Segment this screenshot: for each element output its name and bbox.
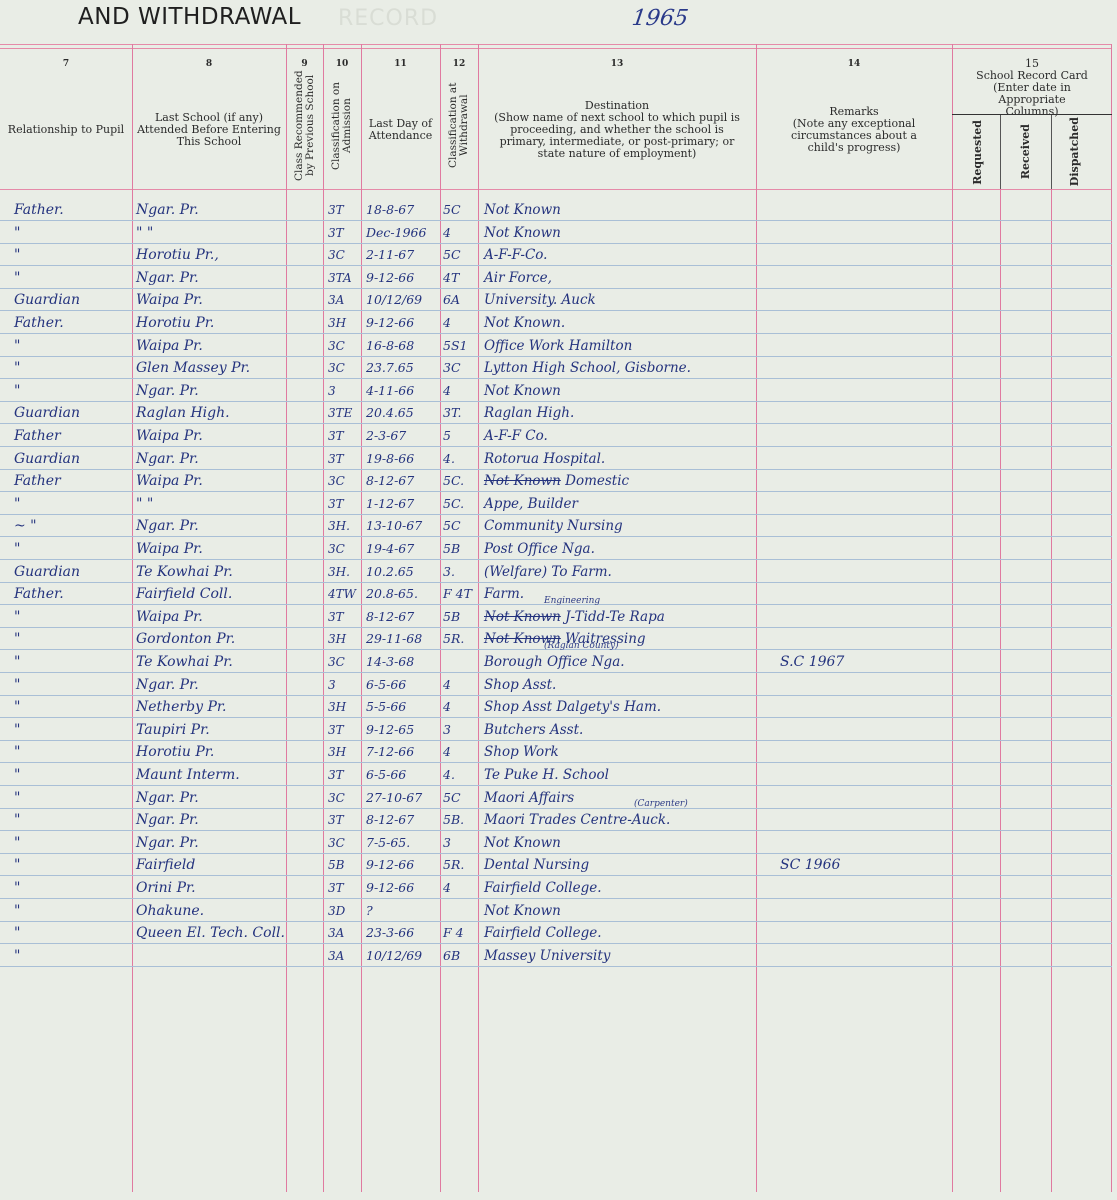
admission-class-cell: 3 xyxy=(328,674,362,696)
withdrawal-class-cell: 6B xyxy=(443,945,479,967)
last-school-cell: Horotiu Pr. xyxy=(136,312,281,334)
subcolumn-received: Received xyxy=(1000,119,1052,185)
remarks-cell xyxy=(780,289,950,311)
withdrawal-class-cell: 4 xyxy=(443,222,479,244)
destination-cell: Borough Office Nga.(Raglan County) xyxy=(484,651,754,673)
destination-cell: Maori Trades Centre-Auck. xyxy=(484,809,754,831)
relationship-cell: " xyxy=(14,606,129,628)
destination-cell: Massey University xyxy=(484,945,754,967)
last-day-cell: 13-10-67 xyxy=(366,515,440,537)
last-day-cell: 10/12/69 xyxy=(366,945,440,967)
relationship-cell: Guardian xyxy=(14,448,129,470)
remarks-cell xyxy=(780,764,950,786)
table-row: "Ngar. Pr.36-5-664Shop Asst. xyxy=(0,674,1112,696)
destination-cell: University. Auck xyxy=(484,289,754,311)
admission-class-cell: 3C xyxy=(328,244,362,266)
withdrawal-class-cell: 5C xyxy=(443,199,479,221)
last-day-cell: 9-12-65 xyxy=(366,719,440,741)
withdrawal-class-cell: 4 xyxy=(443,380,479,402)
remarks-cell xyxy=(780,900,950,922)
last-day-cell: 14-3-68 xyxy=(366,651,440,673)
last-school-cell: Raglan High. xyxy=(136,402,281,424)
last-day-cell: 5-5-66 xyxy=(366,696,440,718)
relationship-cell: Father. xyxy=(14,199,129,221)
last-school-cell: Fairfield xyxy=(136,854,281,876)
admission-class-cell: 4TW xyxy=(328,583,362,605)
relationship-cell: " xyxy=(14,674,129,696)
admission-class-cell: 3H. xyxy=(328,515,362,537)
last-day-cell: 8-12-67 xyxy=(366,470,440,492)
table-row: FatherWaipa Pr.3C8-12-675C.Not Known Dom… xyxy=(0,470,1112,492)
last-day-cell: 7-12-66 xyxy=(366,741,440,763)
relationship-cell: " xyxy=(14,380,129,402)
remarks-cell xyxy=(780,809,950,831)
last-day-cell: 9-12-66 xyxy=(366,267,440,289)
relationship-cell: Father. xyxy=(14,583,129,605)
remarks-cell xyxy=(780,628,950,650)
withdrawal-class-cell: 5R. xyxy=(443,628,479,650)
year-annotation: 1965 xyxy=(630,6,690,31)
table-row: "Ngar. Pr.3T8-12-675B.Maori Trades Centr… xyxy=(0,809,1112,831)
destination-cell: Air Force, xyxy=(484,267,754,289)
column-number: 8 xyxy=(206,58,212,70)
relationship-cell: ~ " xyxy=(14,515,129,537)
admission-class-cell: 3C xyxy=(328,538,362,560)
column-header-record-card: 15 School Record Card (Enter date in App… xyxy=(952,44,1112,189)
remarks-cell xyxy=(780,448,950,470)
last-day-cell: 9-12-66 xyxy=(366,854,440,876)
remarks-cell xyxy=(780,583,950,605)
last-day-cell: 29-11-68 xyxy=(366,628,440,650)
last-school-cell: Glen Massey Pr. xyxy=(136,357,281,379)
withdrawal-class-cell: 4. xyxy=(443,764,479,786)
remarks-cell xyxy=(780,674,950,696)
column-header-last-school: 8 Last School (if any) Attended Before E… xyxy=(132,44,286,189)
withdrawal-class-cell: F 4 xyxy=(443,922,479,944)
last-school-cell: Horotiu Pr. xyxy=(136,741,281,763)
struck-text: Not Known xyxy=(484,609,561,625)
last-day-cell: 18-8-67 xyxy=(366,199,440,221)
destination-cell: Farm. xyxy=(484,583,754,605)
bleed-through-title: RECORD xyxy=(338,6,438,31)
table-row: "" "3T1-12-675C.Appe, Builder xyxy=(0,493,1112,515)
admission-class-cell: 3T xyxy=(328,493,362,515)
last-school-cell: Netherby Pr. xyxy=(136,696,281,718)
destination-cell: Not Known. xyxy=(484,312,754,334)
table-row: "Ohakune.3D?Not Known xyxy=(0,900,1112,922)
last-day-cell: 27-10-67 xyxy=(366,787,440,809)
table-row: "Taupiri Pr.3T9-12-653Butchers Asst. xyxy=(0,719,1112,741)
remarks-cell xyxy=(780,945,950,967)
table-row: "Waipa Pr.3C16-8-685S1Office Work Hamilt… xyxy=(0,335,1112,357)
table-row: FatherWaipa Pr.3T2-3-675A-F-F Co. xyxy=(0,425,1112,447)
column-label: Last School (if any) Attended Before Ent… xyxy=(132,112,286,148)
withdrawal-class-cell: 5C. xyxy=(443,493,479,515)
withdrawal-class-cell: 4 xyxy=(443,312,479,334)
last-day-cell: 19-8-66 xyxy=(366,448,440,470)
table-row: "Waipa Pr.3T8-12-675BNot Known J-Tidd-Te… xyxy=(0,606,1112,628)
struck-text: Not Known xyxy=(484,473,561,489)
last-school-cell: Te Kowhai Pr. xyxy=(136,651,281,673)
last-day-cell: 20.4.65 xyxy=(366,402,440,424)
destination-cell: Dental Nursing xyxy=(484,854,754,876)
table-row: "Fairfield5B9-12-665R.Dental NursingSC 1… xyxy=(0,854,1112,876)
interlinear-note: Engineering xyxy=(544,596,600,606)
admission-class-cell: 3A xyxy=(328,922,362,944)
relationship-cell: " xyxy=(14,357,129,379)
destination-cell: Not Known xyxy=(484,380,754,402)
destination-cell: Fairfield College. xyxy=(484,877,754,899)
admission-class-cell: 3T xyxy=(328,719,362,741)
withdrawal-class-cell: 4 xyxy=(443,696,479,718)
column-label: Destination (Show name of next school to… xyxy=(478,100,756,160)
remarks-cell xyxy=(780,606,950,628)
remarks-cell: SC 1966 xyxy=(780,854,950,876)
destination-cell: Raglan High. xyxy=(484,402,754,424)
withdrawal-class-cell: 5B xyxy=(443,606,479,628)
table-row: "Ngar. Pr.34-11-664Not Known xyxy=(0,380,1112,402)
withdrawal-class-cell: F 4T xyxy=(443,583,479,605)
table-row: "" "3TDec-19664Not Known xyxy=(0,222,1112,244)
interlinear-note: (Carpenter) xyxy=(634,799,688,809)
register-sheet: 7 Relationship to Pupil 8 Last School (i… xyxy=(0,44,1112,1192)
withdrawal-class-cell: 5R. xyxy=(443,854,479,876)
destination-cell: Not Known J-Tidd-Te RapaEngineering xyxy=(484,606,754,628)
relationship-cell: " xyxy=(14,900,129,922)
relationship-cell: " xyxy=(14,764,129,786)
relationship-cell: " xyxy=(14,222,129,244)
remarks-cell xyxy=(780,380,950,402)
last-school-cell: Waipa Pr. xyxy=(136,470,281,492)
column-header-remarks: 14 Remarks (Note any exceptional circums… xyxy=(756,44,952,189)
admission-class-cell: 3H xyxy=(328,741,362,763)
withdrawal-class-cell xyxy=(443,900,479,922)
last-day-cell: 10/12/69 xyxy=(366,289,440,311)
last-school-cell: Ngar. Pr. xyxy=(136,832,281,854)
last-day-cell: 9-12-66 xyxy=(366,312,440,334)
admission-class-cell: 3T xyxy=(328,809,362,831)
last-school-cell: Waipa Pr. xyxy=(136,335,281,357)
relationship-cell: " xyxy=(14,877,129,899)
admission-class-cell: 3 xyxy=(328,380,362,402)
destination-cell: Post Office Nga. xyxy=(484,538,754,560)
destination-cell: Te Puke H. School xyxy=(484,764,754,786)
last-school-cell: Ngar. Pr. xyxy=(136,787,281,809)
admission-class-cell: 3TE xyxy=(328,402,362,424)
destination-cell: Not Known xyxy=(484,199,754,221)
subcolumn-requested: Requested xyxy=(952,119,1004,185)
table-row: ~ "Ngar. Pr.3H.13-10-675CCommunity Nursi… xyxy=(0,515,1112,537)
destination-cell: Not Known Waitressing xyxy=(484,628,754,650)
subcolumn-dispatched: Dispatched xyxy=(1051,119,1099,185)
remarks-cell xyxy=(780,357,950,379)
column-number: 7 xyxy=(63,58,69,70)
table-row: "Glen Massey Pr.3C23.7.653CLytton High S… xyxy=(0,357,1112,379)
last-school-cell xyxy=(136,945,281,967)
last-day-cell: 1-12-67 xyxy=(366,493,440,515)
table-row: Father.Ngar. Pr.3T18-8-675CNot Known xyxy=(0,199,1112,221)
table-row: "Horotiu Pr.,3C2-11-675CA-F-F-Co. xyxy=(0,244,1112,266)
destination-cell: Butchers Asst. xyxy=(484,719,754,741)
table-row: Father.Horotiu Pr.3H9-12-664Not Known. xyxy=(0,312,1112,334)
withdrawal-class-cell: 3 xyxy=(443,719,479,741)
admission-class-cell: 3T xyxy=(328,606,362,628)
table-row: "Horotiu Pr.3H7-12-664Shop Work xyxy=(0,741,1112,763)
destination-cell: Community Nursing xyxy=(484,515,754,537)
table-row: "Waipa Pr.3C19-4-675BPost Office Nga. xyxy=(0,538,1112,560)
column-number: 13 xyxy=(611,58,624,70)
last-day-cell: 8-12-67 xyxy=(366,809,440,831)
last-school-cell: Waipa Pr. xyxy=(136,425,281,447)
last-school-cell: Maunt Interm. xyxy=(136,764,281,786)
last-school-cell: Ngar. Pr. xyxy=(136,448,281,470)
last-school-cell: Ngar. Pr. xyxy=(136,674,281,696)
withdrawal-class-cell: 4. xyxy=(443,448,479,470)
destination-cell: Fairfield College. xyxy=(484,922,754,944)
column-number: 14 xyxy=(848,58,861,70)
relationship-cell: " xyxy=(14,854,129,876)
withdrawal-class-cell: 5C xyxy=(443,244,479,266)
table-row: "Orini Pr.3T9-12-664Fairfield College. xyxy=(0,877,1112,899)
relationship-cell: " xyxy=(14,267,129,289)
column-label-vertical: Classification on Admission xyxy=(323,68,361,183)
destination-cell: (Welfare) To Farm. xyxy=(484,561,754,583)
last-day-cell: 23-3-66 xyxy=(366,922,440,944)
destination-cell: Not Known Domestic xyxy=(484,470,754,492)
column-label-vertical: Class Recommended by Previous School xyxy=(286,68,323,183)
last-school-cell: Ngar. Pr. xyxy=(136,515,281,537)
destination-cell: Not Known xyxy=(484,222,754,244)
destination-cell: Shop Work xyxy=(484,741,754,763)
remarks-cell xyxy=(780,719,950,741)
withdrawal-class-cell: 4 xyxy=(443,674,479,696)
destination-cell: A-F-F-Co. xyxy=(484,244,754,266)
admission-class-cell: 3T xyxy=(328,222,362,244)
remarks-cell xyxy=(780,312,950,334)
remarks-cell xyxy=(780,425,950,447)
admission-class-cell: 3C xyxy=(328,832,362,854)
admission-class-cell: 3H xyxy=(328,696,362,718)
destination-cell: Maori Affairs(Carpenter) xyxy=(484,787,754,809)
destination-cell: Not Known xyxy=(484,900,754,922)
remarks-cell xyxy=(780,402,950,424)
admission-class-cell: 3H. xyxy=(328,561,362,583)
withdrawal-class-cell: 3. xyxy=(443,561,479,583)
relationship-cell: " xyxy=(14,628,129,650)
column-header-last-day: 11 Last Day of Attendance xyxy=(361,44,440,189)
column-number: 11 xyxy=(394,58,407,70)
last-school-cell: Waipa Pr. xyxy=(136,606,281,628)
column-label-vertical: Classification at Withdrawal xyxy=(440,68,478,183)
last-day-cell: ? xyxy=(366,900,440,922)
destination-cell: Not Known xyxy=(484,832,754,854)
last-day-cell: 7-5-65. xyxy=(366,832,440,854)
column-label: Relationship to Pupil xyxy=(4,124,128,136)
withdrawal-class-cell: 5 xyxy=(443,425,479,447)
interlinear-note: (Raglan County) xyxy=(544,641,619,651)
last-day-cell: 20.8-65. xyxy=(366,583,440,605)
page-title: AND WITHDRAWAL xyxy=(78,4,301,30)
withdrawal-class-cell: 4T xyxy=(443,267,479,289)
admission-class-cell: 3C xyxy=(328,335,362,357)
admission-class-cell: 3T xyxy=(328,448,362,470)
withdrawal-class-cell: 3 xyxy=(443,832,479,854)
destination-cell: Shop Asst Dalgety's Ham. xyxy=(484,696,754,718)
last-school-cell: Ngar. Pr. xyxy=(136,380,281,402)
relationship-cell: " xyxy=(14,335,129,357)
relationship-cell: " xyxy=(14,787,129,809)
last-day-cell: 9-12-66 xyxy=(366,877,440,899)
last-day-cell: 23.7.65 xyxy=(366,357,440,379)
column-label: Last Day of Attendance xyxy=(361,118,440,142)
remarks-cell xyxy=(780,470,950,492)
last-school-cell: Taupiri Pr. xyxy=(136,719,281,741)
withdrawal-class-cell: 5B xyxy=(443,538,479,560)
last-school-cell: Gordonton Pr. xyxy=(136,628,281,650)
admission-class-cell: 3C xyxy=(328,787,362,809)
last-school-cell: Ngar. Pr. xyxy=(136,267,281,289)
admission-class-cell: 3C xyxy=(328,357,362,379)
relationship-cell: " xyxy=(14,538,129,560)
column-label: School Record Card (Enter date in Approp… xyxy=(952,70,1112,118)
last-school-cell: Te Kowhai Pr. xyxy=(136,561,281,583)
remarks-cell xyxy=(780,335,950,357)
last-school-cell: Waipa Pr. xyxy=(136,538,281,560)
table-row: GuardianTe Kowhai Pr.3H.10.2.653.(Welfar… xyxy=(0,561,1112,583)
last-school-cell: Fairfield Coll. xyxy=(136,583,281,605)
remarks-cell xyxy=(780,538,950,560)
table-row: GuardianRaglan High.3TE20.4.653T.Raglan … xyxy=(0,402,1112,424)
relationship-cell: " xyxy=(14,719,129,741)
relationship-cell: Guardian xyxy=(14,561,129,583)
destination-cell: Office Work Hamilton xyxy=(484,335,754,357)
last-day-cell: 19-4-67 xyxy=(366,538,440,560)
admission-class-cell: 3T xyxy=(328,199,362,221)
last-school-cell: Orini Pr. xyxy=(136,877,281,899)
remarks-cell xyxy=(780,244,950,266)
withdrawal-class-cell: 5S1 xyxy=(443,335,479,357)
last-school-cell: Ohakune. xyxy=(136,900,281,922)
admission-class-cell: 3C xyxy=(328,470,362,492)
table-row: "Queen El. Tech. Coll.3A23-3-66F 4Fairfi… xyxy=(0,922,1112,944)
record-card-subcolumns: Requested Received Dispatched xyxy=(952,114,1112,189)
last-day-cell: 2-3-67 xyxy=(366,425,440,447)
table-row: "Maunt Interm.3T6-5-664.Te Puke H. Schoo… xyxy=(0,764,1112,786)
remarks-cell xyxy=(780,515,950,537)
last-school-cell: Ngar. Pr. xyxy=(136,199,281,221)
relationship-cell: " xyxy=(14,244,129,266)
destination-cell: Shop Asst. xyxy=(484,674,754,696)
last-day-cell: 4-11-66 xyxy=(366,380,440,402)
remarks-cell xyxy=(780,267,950,289)
admission-class-cell: 5B xyxy=(328,854,362,876)
relationship-cell: " xyxy=(14,651,129,673)
relationship-cell: " xyxy=(14,922,129,944)
remarks-cell xyxy=(780,787,950,809)
last-school-cell: Ngar. Pr. xyxy=(136,809,281,831)
remarks-cell xyxy=(780,696,950,718)
last-day-cell: Dec-1966 xyxy=(366,222,440,244)
admission-class-cell: 3H xyxy=(328,628,362,650)
relationship-cell: " xyxy=(14,741,129,763)
last-school-cell: " " xyxy=(136,222,281,244)
remarks-cell xyxy=(780,832,950,854)
relationship-cell: Father xyxy=(14,470,129,492)
last-day-cell: 6-5-66 xyxy=(366,764,440,786)
remarks-cell xyxy=(780,222,950,244)
remarks-cell xyxy=(780,199,950,221)
remarks-cell xyxy=(780,877,950,899)
table-row: GuardianNgar. Pr.3T19-8-664.Rotorua Hosp… xyxy=(0,448,1112,470)
withdrawal-class-cell: 5B. xyxy=(443,809,479,831)
relationship-cell: " xyxy=(14,493,129,515)
relationship-cell: " xyxy=(14,945,129,967)
table-row: "Ngar. Pr.3C7-5-65.3Not Known xyxy=(0,832,1112,854)
admission-class-cell: 3T xyxy=(328,877,362,899)
admission-class-cell: 3D xyxy=(328,900,362,922)
column-label: Remarks (Note any exceptional circumstan… xyxy=(756,106,952,154)
withdrawal-class-cell: 4 xyxy=(443,741,479,763)
last-school-cell: Queen El. Tech. Coll. xyxy=(136,922,281,944)
relationship-cell: Father. xyxy=(14,312,129,334)
header-divider xyxy=(0,189,1112,190)
withdrawal-class-cell: 3C xyxy=(443,357,479,379)
column-header-relationship: 7 Relationship to Pupil xyxy=(0,44,132,189)
remarks-cell xyxy=(780,561,950,583)
relationship-cell: " xyxy=(14,832,129,854)
table-row: "Ngar. Pr.3TA9-12-664TAir Force, xyxy=(0,267,1112,289)
admission-class-cell: 3A xyxy=(328,289,362,311)
last-day-cell: 6-5-66 xyxy=(366,674,440,696)
admission-class-cell: 3T xyxy=(328,764,362,786)
last-school-cell: Waipa Pr. xyxy=(136,289,281,311)
destination-cell: A-F-F Co. xyxy=(484,425,754,447)
admission-class-cell: 3TA xyxy=(328,267,362,289)
relationship-cell: Guardian xyxy=(14,289,129,311)
relationship-cell: " xyxy=(14,809,129,831)
destination-cell: Lytton High School, Gisborne. xyxy=(484,357,754,379)
admission-class-cell: 3H xyxy=(328,312,362,334)
last-day-cell: 2-11-67 xyxy=(366,244,440,266)
remarks-cell: S.C 1967 xyxy=(780,651,950,673)
relationship-cell: Father xyxy=(14,425,129,447)
table-row: "3A10/12/696BMassey University xyxy=(0,945,1112,967)
table-row: GuardianWaipa Pr.3A10/12/696AUniversity.… xyxy=(0,289,1112,311)
withdrawal-class-cell: 5C. xyxy=(443,470,479,492)
table-row: "Ngar. Pr.3C27-10-675CMaori Affairs(Carp… xyxy=(0,787,1112,809)
column-header-destination: 13 Destination (Show name of next school… xyxy=(478,44,756,189)
relationship-cell: " xyxy=(14,696,129,718)
admission-class-cell: 3A xyxy=(328,945,362,967)
table-row: "Te Kowhai Pr.3C14-3-68Borough Office Ng… xyxy=(0,651,1112,673)
table-row: "Netherby Pr.3H5-5-664Shop Asst Dalgety'… xyxy=(0,696,1112,718)
withdrawal-class-cell: 5C xyxy=(443,787,479,809)
withdrawal-class-cell: 5C xyxy=(443,515,479,537)
withdrawal-class-cell: 3T. xyxy=(443,402,479,424)
withdrawal-class-cell: 6A xyxy=(443,289,479,311)
remarks-cell xyxy=(780,493,950,515)
remarks-cell xyxy=(780,741,950,763)
last-day-cell: 10.2.65 xyxy=(366,561,440,583)
last-school-cell: " " xyxy=(136,493,281,515)
last-school-cell: Horotiu Pr., xyxy=(136,244,281,266)
admission-class-cell: 3T xyxy=(328,425,362,447)
withdrawal-class-cell: 4 xyxy=(443,877,479,899)
relationship-cell: Guardian xyxy=(14,402,129,424)
last-day-cell: 8-12-67 xyxy=(366,606,440,628)
admission-class-cell: 3C xyxy=(328,651,362,673)
destination-cell: Appe, Builder xyxy=(484,493,754,515)
